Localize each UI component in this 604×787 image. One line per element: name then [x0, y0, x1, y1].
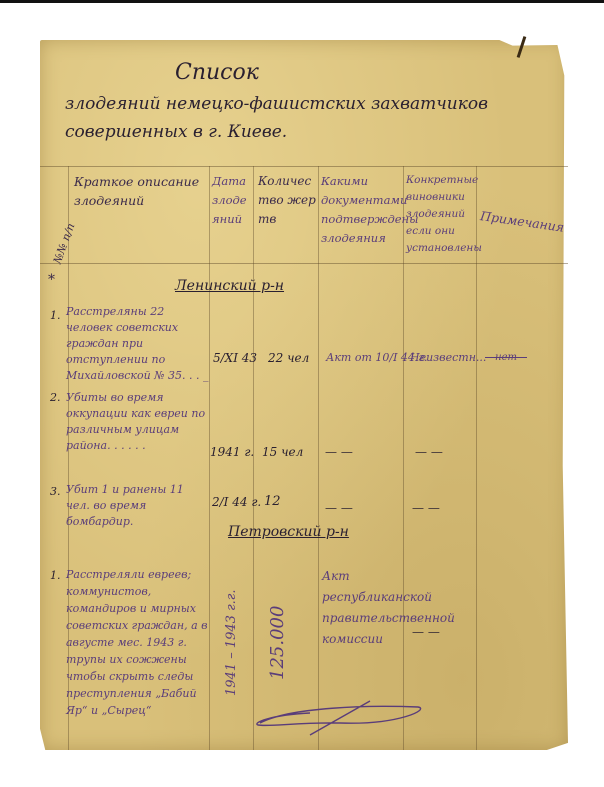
row-culprits: — —	[412, 624, 440, 640]
asterisk-marker: *	[48, 272, 55, 288]
row-culprits: Неизвестн...	[410, 350, 486, 366]
row-number: 1.	[50, 568, 61, 584]
row-victims: 12	[264, 494, 281, 510]
section-heading-leninsky: Ленинский р-н	[175, 278, 284, 294]
row-description: Убит 1 и ранены 11 чел. во время бомбард…	[66, 482, 208, 530]
row-victims: 125.000	[270, 606, 286, 680]
row-date: 2/I 44 г.	[212, 494, 261, 510]
document-title: Список	[175, 60, 259, 85]
row-date: 5/XI 43	[213, 350, 257, 366]
row-number: 2.	[50, 390, 61, 406]
table-top-rule	[40, 166, 568, 167]
row-notes: —нет—	[485, 350, 527, 366]
row-victims: 22 чел	[268, 350, 309, 366]
row-documents: — —	[325, 444, 353, 460]
row-number: 1.	[50, 308, 61, 324]
row-description: Убиты во время оккупации как евреи по ра…	[66, 390, 206, 454]
signature-scribble	[250, 695, 430, 745]
section-heading-petrovsky: Петровский р-н	[228, 524, 349, 540]
header-date: Дата злодеяний	[212, 172, 252, 229]
top-border	[0, 0, 604, 3]
header-culprits: Конкретные виновники злодеяний если они …	[406, 172, 476, 257]
row-description: Расстреляны 22 человек советских граждан…	[66, 304, 212, 384]
column-divider-victims	[318, 166, 319, 750]
row-date: 1941 – 1943 г.г.	[224, 590, 240, 696]
row-victims: 15 чел	[262, 444, 303, 460]
header-victims: Количество жертв	[258, 172, 316, 229]
row-documents: Акт республиканской правительственной ко…	[322, 566, 402, 650]
row-culprits: — —	[412, 500, 440, 516]
document-subtitle-line2: совершенных в г. Киеве.	[65, 122, 287, 142]
row-date: 1941 г.	[210, 444, 254, 460]
row-number: 3.	[50, 484, 61, 500]
header-description: Краткое описание злодеяний	[74, 172, 208, 210]
row-culprits: — —	[415, 444, 443, 460]
table-header-rule	[40, 263, 568, 264]
header-documents: Какими документами подтверждены злодеяни…	[321, 172, 403, 248]
row-documents: — —	[325, 500, 353, 516]
row-description: Расстреляли евреев; коммунистов, команди…	[66, 566, 208, 719]
document-subtitle-line1: злодеяний немецко-фашистских захватчиков	[65, 94, 488, 114]
column-divider-documents	[403, 166, 404, 750]
